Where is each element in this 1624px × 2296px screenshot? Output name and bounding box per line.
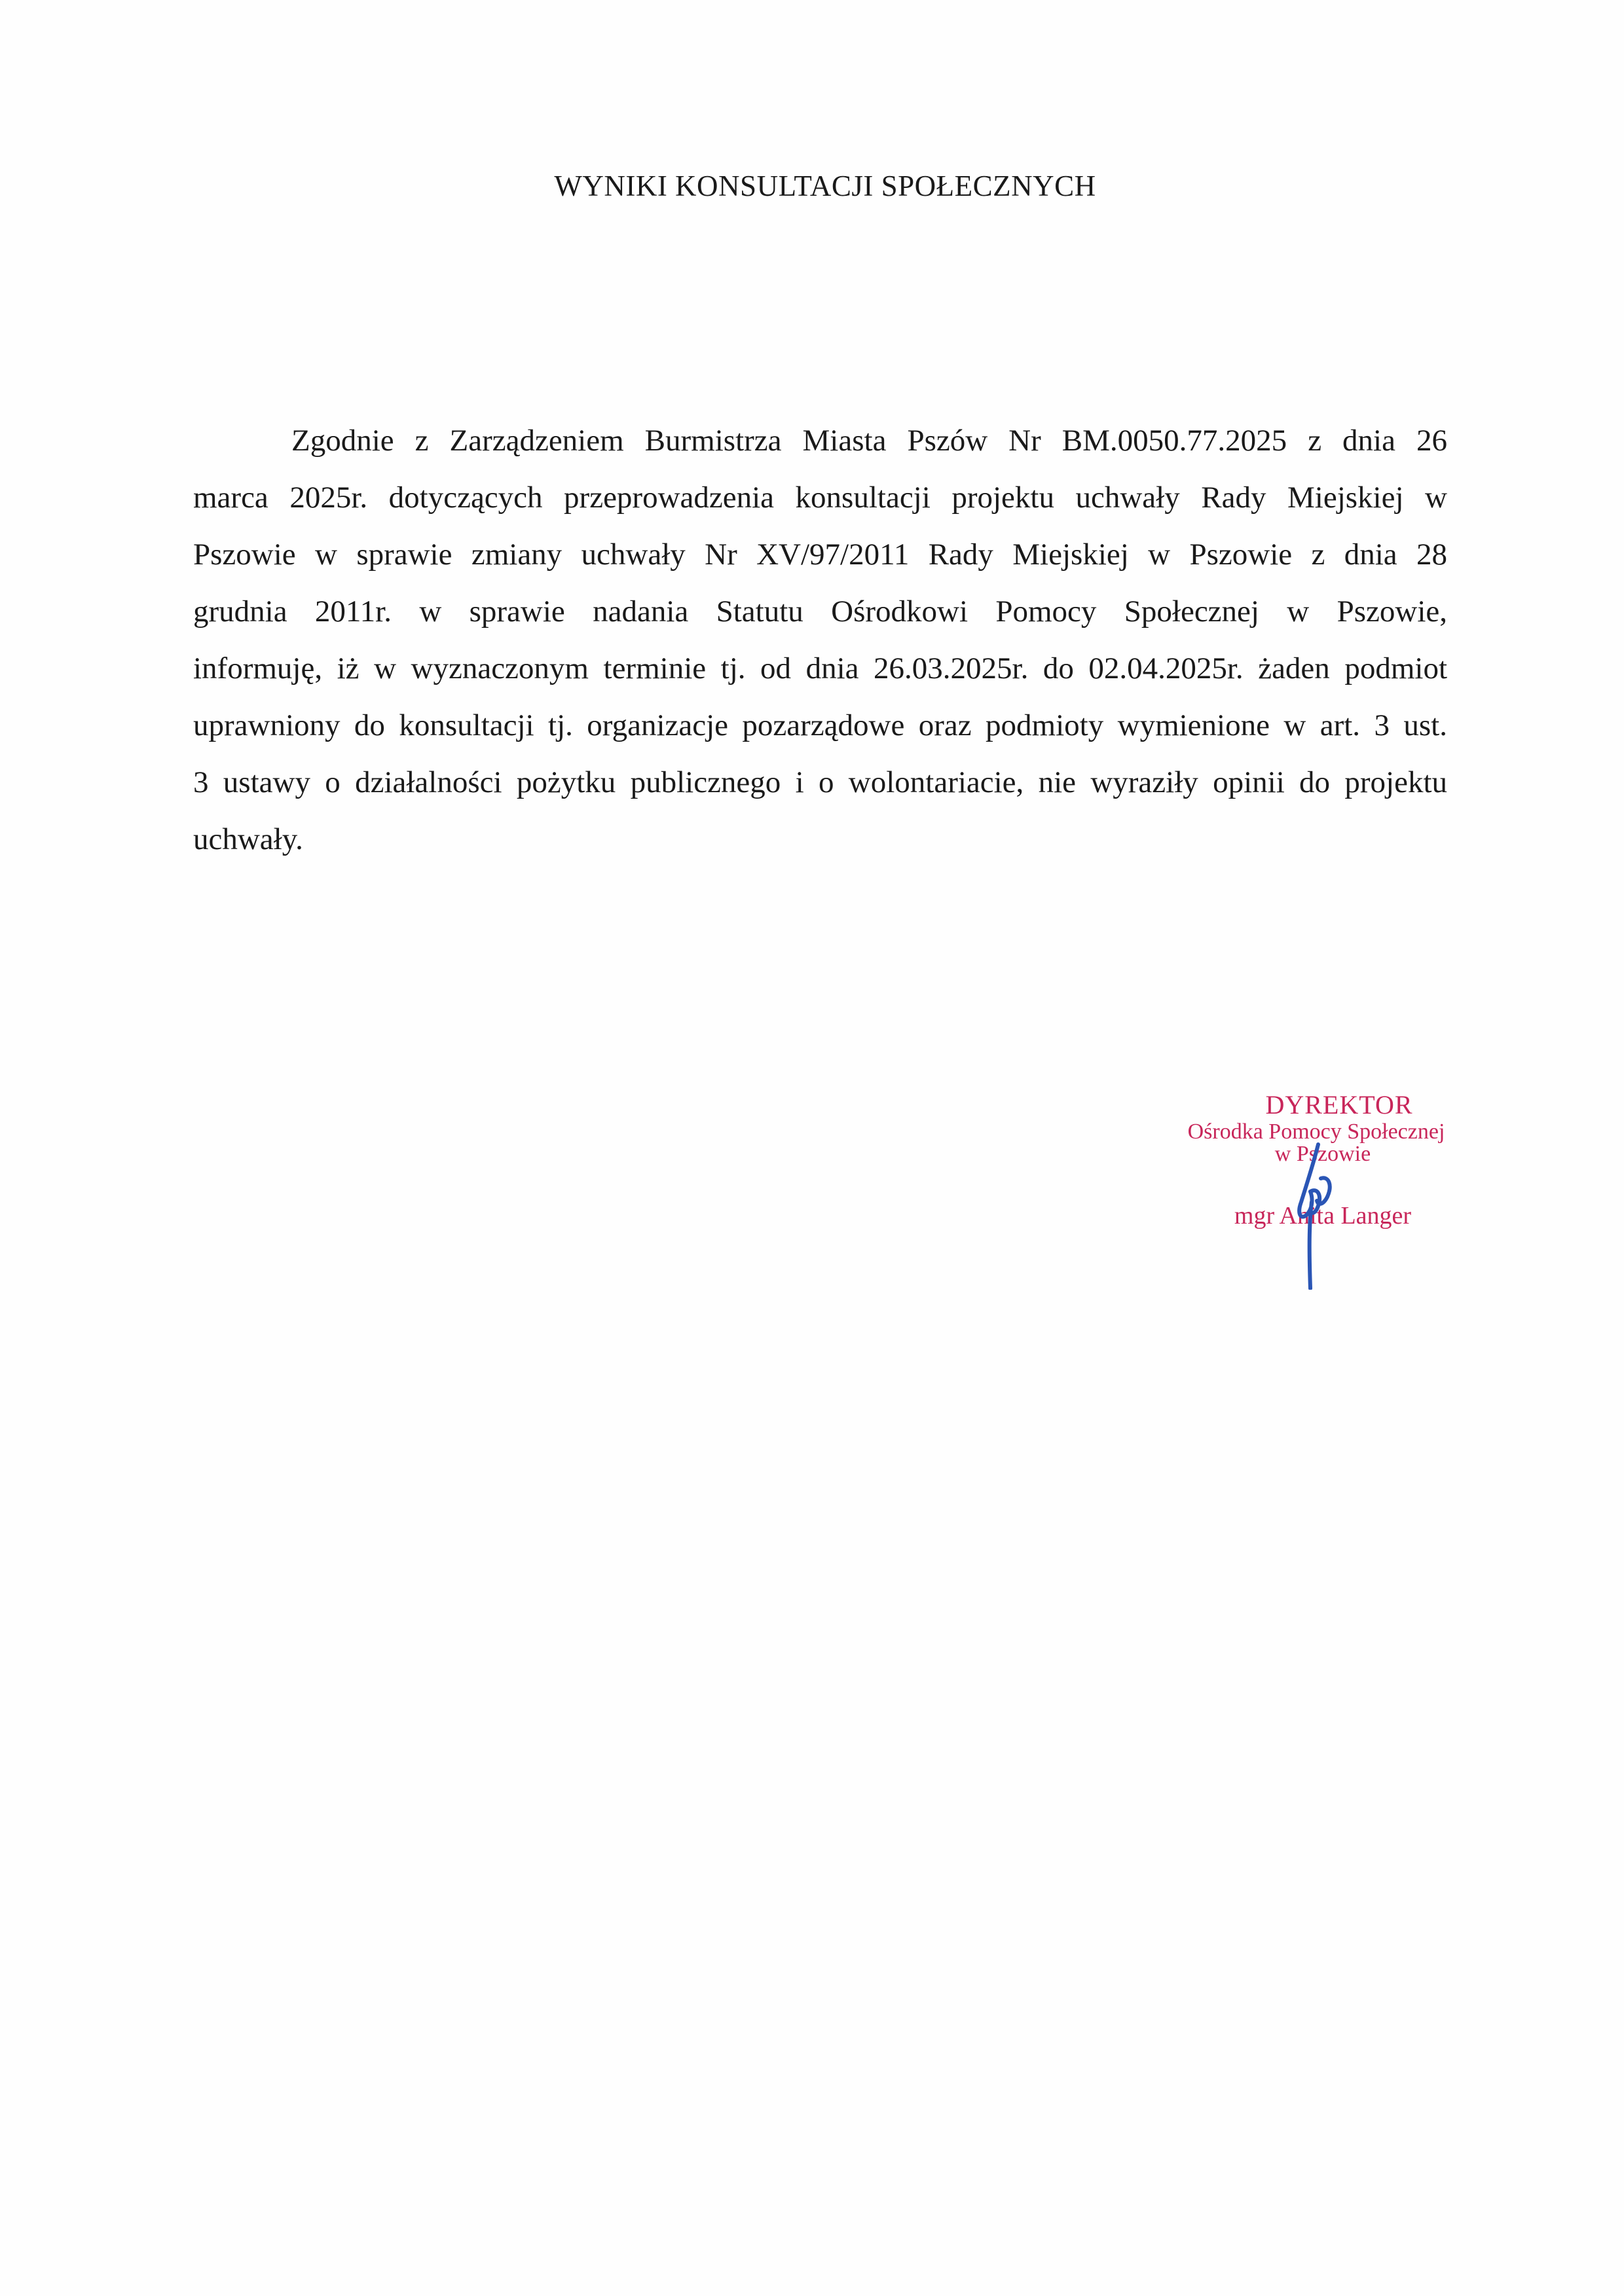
paragraph-line: Pszowie w sprawie zmiany uchwały Nr XV/9…	[193, 526, 1447, 583]
paragraph-line: uprawniony do konsultacji tj. organizacj…	[193, 697, 1447, 754]
paragraph-line: grudnia 2011r. w sprawie nadania Statutu…	[193, 583, 1447, 640]
paragraph-line: informuję, iż w wyznaczonym terminie tj.…	[193, 640, 1447, 697]
document-page: WYNIKI KONSULTACJI SPOŁECZNYCH Zgodnie z…	[0, 0, 1624, 2296]
document-title: WYNIKI KONSULTACJI SPOŁECZNYCH	[0, 169, 1624, 203]
paragraph-line: marca 2025r. dotyczących przeprowadzenia…	[193, 469, 1447, 526]
paragraph-line: Zgodnie z Zarządzeniem Burmistrza Miasta…	[193, 412, 1447, 469]
signature-icon	[1280, 1139, 1352, 1290]
paragraph-line: uchwały.	[193, 811, 1447, 868]
paragraph-line: 3 ustawy o działalności pożytku publiczn…	[193, 754, 1447, 811]
stamp-title: DYREKTOR	[1175, 1092, 1503, 1118]
document-body: Zgodnie z Zarządzeniem Burmistrza Miasta…	[193, 412, 1447, 868]
title-text: WYNIKI KONSULTACJI SPOŁECZNYCH	[554, 169, 1096, 203]
